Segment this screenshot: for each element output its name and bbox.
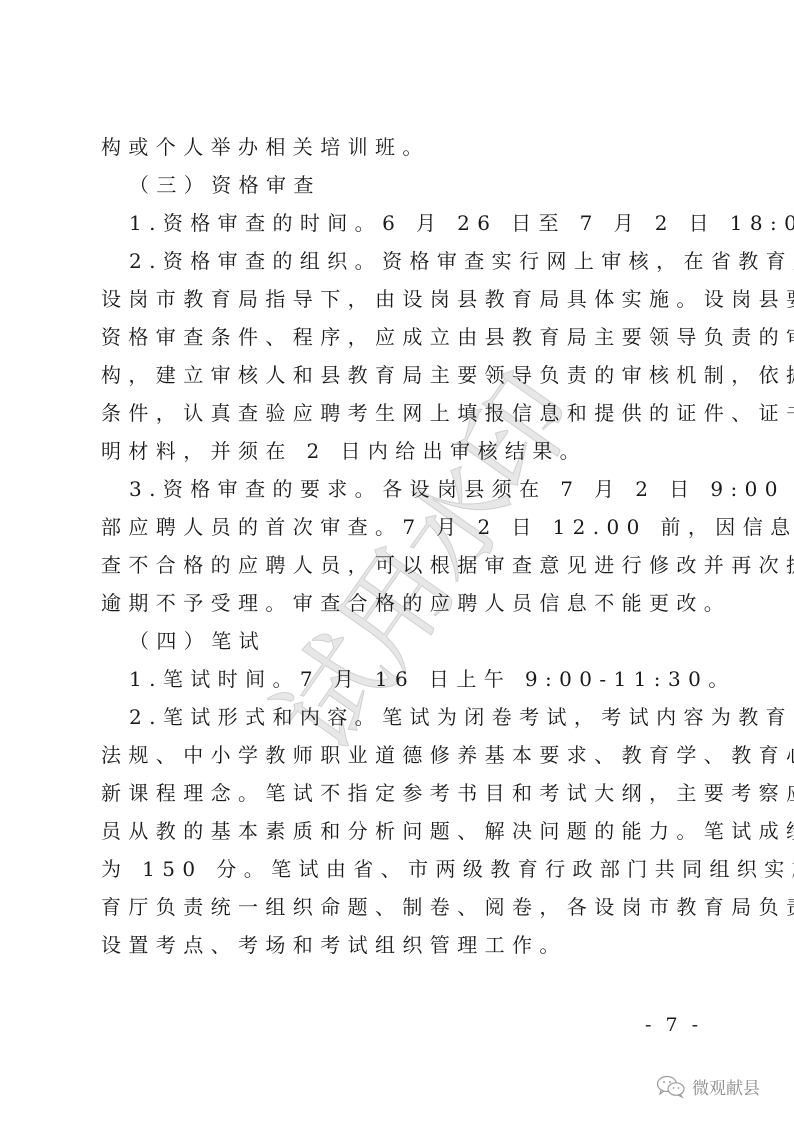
- text-line: 逾期不予受理。审查合格的应聘人员信息不能更改。: [101, 588, 701, 618]
- document-page: 试用水印 构或个人举办相关培训班。 （三）资格审查 1.资格审查的时间。6 月 …: [0, 0, 794, 1123]
- text-line: 为 150 分。笔试由省、市两级教育行政部门共同组织实施，省教: [101, 854, 701, 884]
- text-line: 设置考点、考场和考试组织管理工作。: [101, 930, 701, 960]
- section-heading-qualification-review: （三）资格审查: [129, 170, 729, 200]
- text-line: 设岗市教育局指导下，由设岗县教育局具体实施。设岗县要严格: [101, 284, 701, 314]
- text-line: 资格审查条件、程序，应成立由县教育局主要领导负责的审查机: [101, 322, 701, 352]
- text-line: 2.资格审查的组织。资格审查实行网上审核，在省教育厅和: [129, 246, 729, 276]
- wechat-icon: [656, 1075, 686, 1099]
- text-line: 条件，认真查验应聘考生网上填报信息和提供的证件、证书或证: [101, 398, 701, 428]
- text-line: 构或个人举办相关培训班。: [101, 132, 701, 162]
- section-heading-written-exam: （四）笔试: [129, 626, 729, 656]
- text-line: 2.笔试形式和内容。笔试为闭卷考试，考试内容为教育法律: [129, 702, 729, 732]
- text-line: 查不合格的应聘人员，可以根据审查意见进行修改并再次提交，: [101, 550, 701, 580]
- text-line: 构，建立审核人和县教育局主要领导负责的审核机制，依据招聘: [101, 360, 701, 390]
- text-line: 3.资格审查的要求。各设岗县须在 7 月 2 日 9:00 前完成全: [129, 474, 729, 504]
- text-line: 育厅负责统一组织命题、制卷、阅卷，各设岗市教育局负责合理: [101, 892, 701, 922]
- text-line: 法规、中小学教师职业道德修养基本要求、教育学、教育心理学、: [101, 740, 701, 770]
- brand-name: 微观献县: [692, 1074, 760, 1099]
- text-line: 1.笔试时间。7 月 16 日上午 9:00-11:30。: [129, 664, 729, 694]
- text-line: 1.资格审查的时间。6 月 26 日至 7 月 2 日 18:00。: [129, 208, 729, 238]
- text-line: 新课程理念。笔试不指定参考书目和考试大纲，主要考察应聘人: [101, 778, 701, 808]
- brand-signature: 微观献县: [656, 1074, 760, 1099]
- text-line: 员从教的基本素质和分析问题、解决问题的能力。笔试成绩总分: [101, 816, 701, 846]
- text-line: 明材料，并须在 2 日内给出审核结果。: [101, 436, 701, 466]
- page-number: - 7 -: [645, 1012, 702, 1038]
- text-line: 部应聘人员的首次审查。7 月 2 日 12.00 前，因信息填写错误审: [101, 512, 701, 542]
